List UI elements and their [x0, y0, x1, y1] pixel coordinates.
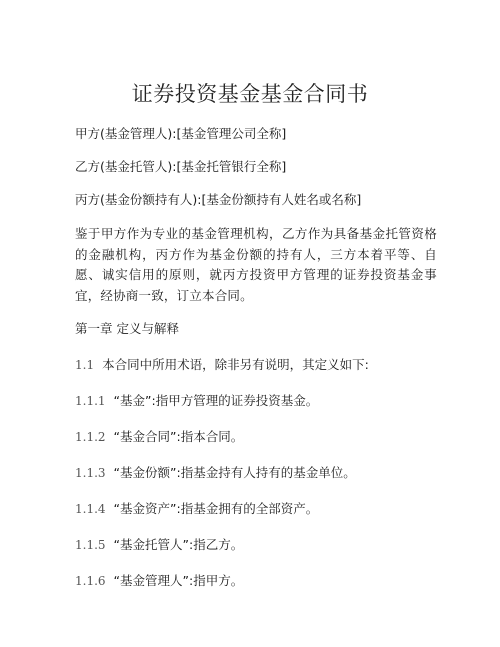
- clause-1-1-6: 1.1.6“基金管理人”:指甲方。: [75, 571, 243, 589]
- clause-text: “基金托管人”:指乙方。: [114, 537, 244, 552]
- clause-number: 1.1.2: [75, 430, 106, 444]
- clause-number: 1.1.6: [75, 574, 106, 588]
- clause-1-1-2: 1.1.2“基金合同”:指本合同。: [75, 427, 243, 445]
- clause-text: “基金资产”:指基金拥有的全部资产。: [114, 501, 319, 516]
- clause-text: “基金管理人”:指甲方。: [114, 573, 244, 588]
- clause-text: “基金合同”:指本合同。: [114, 429, 244, 444]
- clause-number: 1.1.1: [75, 394, 106, 408]
- clause-text: “基金份额”:指基金持有人持有的基金单位。: [114, 465, 356, 480]
- preamble-paragraph: 鉴于甲方作为专业的基金管理机构，乙方作为具备基金托管资格的金融机构，丙方作为基金…: [75, 224, 437, 306]
- clause-text: “基金”:指甲方管理的证券投资基金。: [114, 393, 319, 408]
- clause-1-1-1: 1.1.1“基金”:指甲方管理的证券投资基金。: [75, 391, 318, 409]
- party-a: 甲方(基金管理人):[基金管理公司全称]: [75, 124, 286, 142]
- clause-1-1-4: 1.1.4“基金资产”:指基金拥有的全部资产。: [75, 499, 318, 517]
- clause-1-1: 1.1本合同中所用术语，除非另有说明，其定义如下:: [75, 355, 369, 373]
- party-b: 乙方(基金托管人):[基金托管银行全称]: [75, 157, 286, 175]
- chapter-heading: 第一章 定义与解释: [75, 319, 179, 337]
- clause-number: 1.1.3: [75, 466, 106, 480]
- party-c: 丙方(基金份额持有人):[基金份额持有人姓名或名称]: [75, 190, 361, 208]
- clause-number: 1.1: [75, 358, 94, 372]
- document-title: 证券投资基金基金合同书: [0, 78, 500, 108]
- clause-1-1-5: 1.1.5“基金托管人”:指乙方。: [75, 535, 243, 553]
- clause-number: 1.1.4: [75, 502, 106, 516]
- clause-text: 本合同中所用术语，除非另有说明，其定义如下:: [102, 357, 369, 372]
- clause-1-1-3: 1.1.3“基金份额”:指基金持有人持有的基金单位。: [75, 463, 356, 481]
- document-page: 证券投资基金基金合同书 甲方(基金管理人):[基金管理公司全称] 乙方(基金托管…: [0, 0, 500, 647]
- clause-number: 1.1.5: [75, 538, 106, 552]
